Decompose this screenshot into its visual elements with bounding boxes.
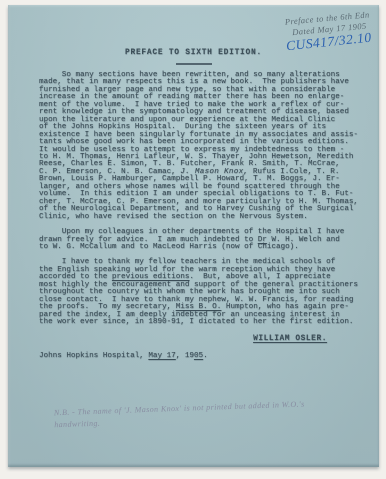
paragraph: I have to thank my fellow teachers in th… — [39, 259, 361, 326]
scan-background: Preface to the 6th Edn Dated May 17 1905… — [0, 0, 386, 479]
document-page: Preface to the 6th Edn Dated May 17 1905… — [8, 5, 379, 467]
archival-annotation-bottom: N.B. - The name of 'J. Mason Knox' is no… — [54, 397, 355, 431]
signature: WILLIAM OSLER. — [8, 335, 379, 343]
paragraph: Upon my colleagues in other departments … — [39, 229, 361, 251]
title-divider — [176, 63, 212, 65]
document-body: So many sections have been rewritten, an… — [8, 72, 379, 327]
paragraph: So many sections have been rewritten, an… — [39, 72, 361, 221]
archival-annotation-topright: Preface to the 6th Edn Dated May 17 1905… — [284, 9, 373, 53]
dateline: Johns Hopkins Hospital, May 17, 1905. — [8, 352, 379, 360]
